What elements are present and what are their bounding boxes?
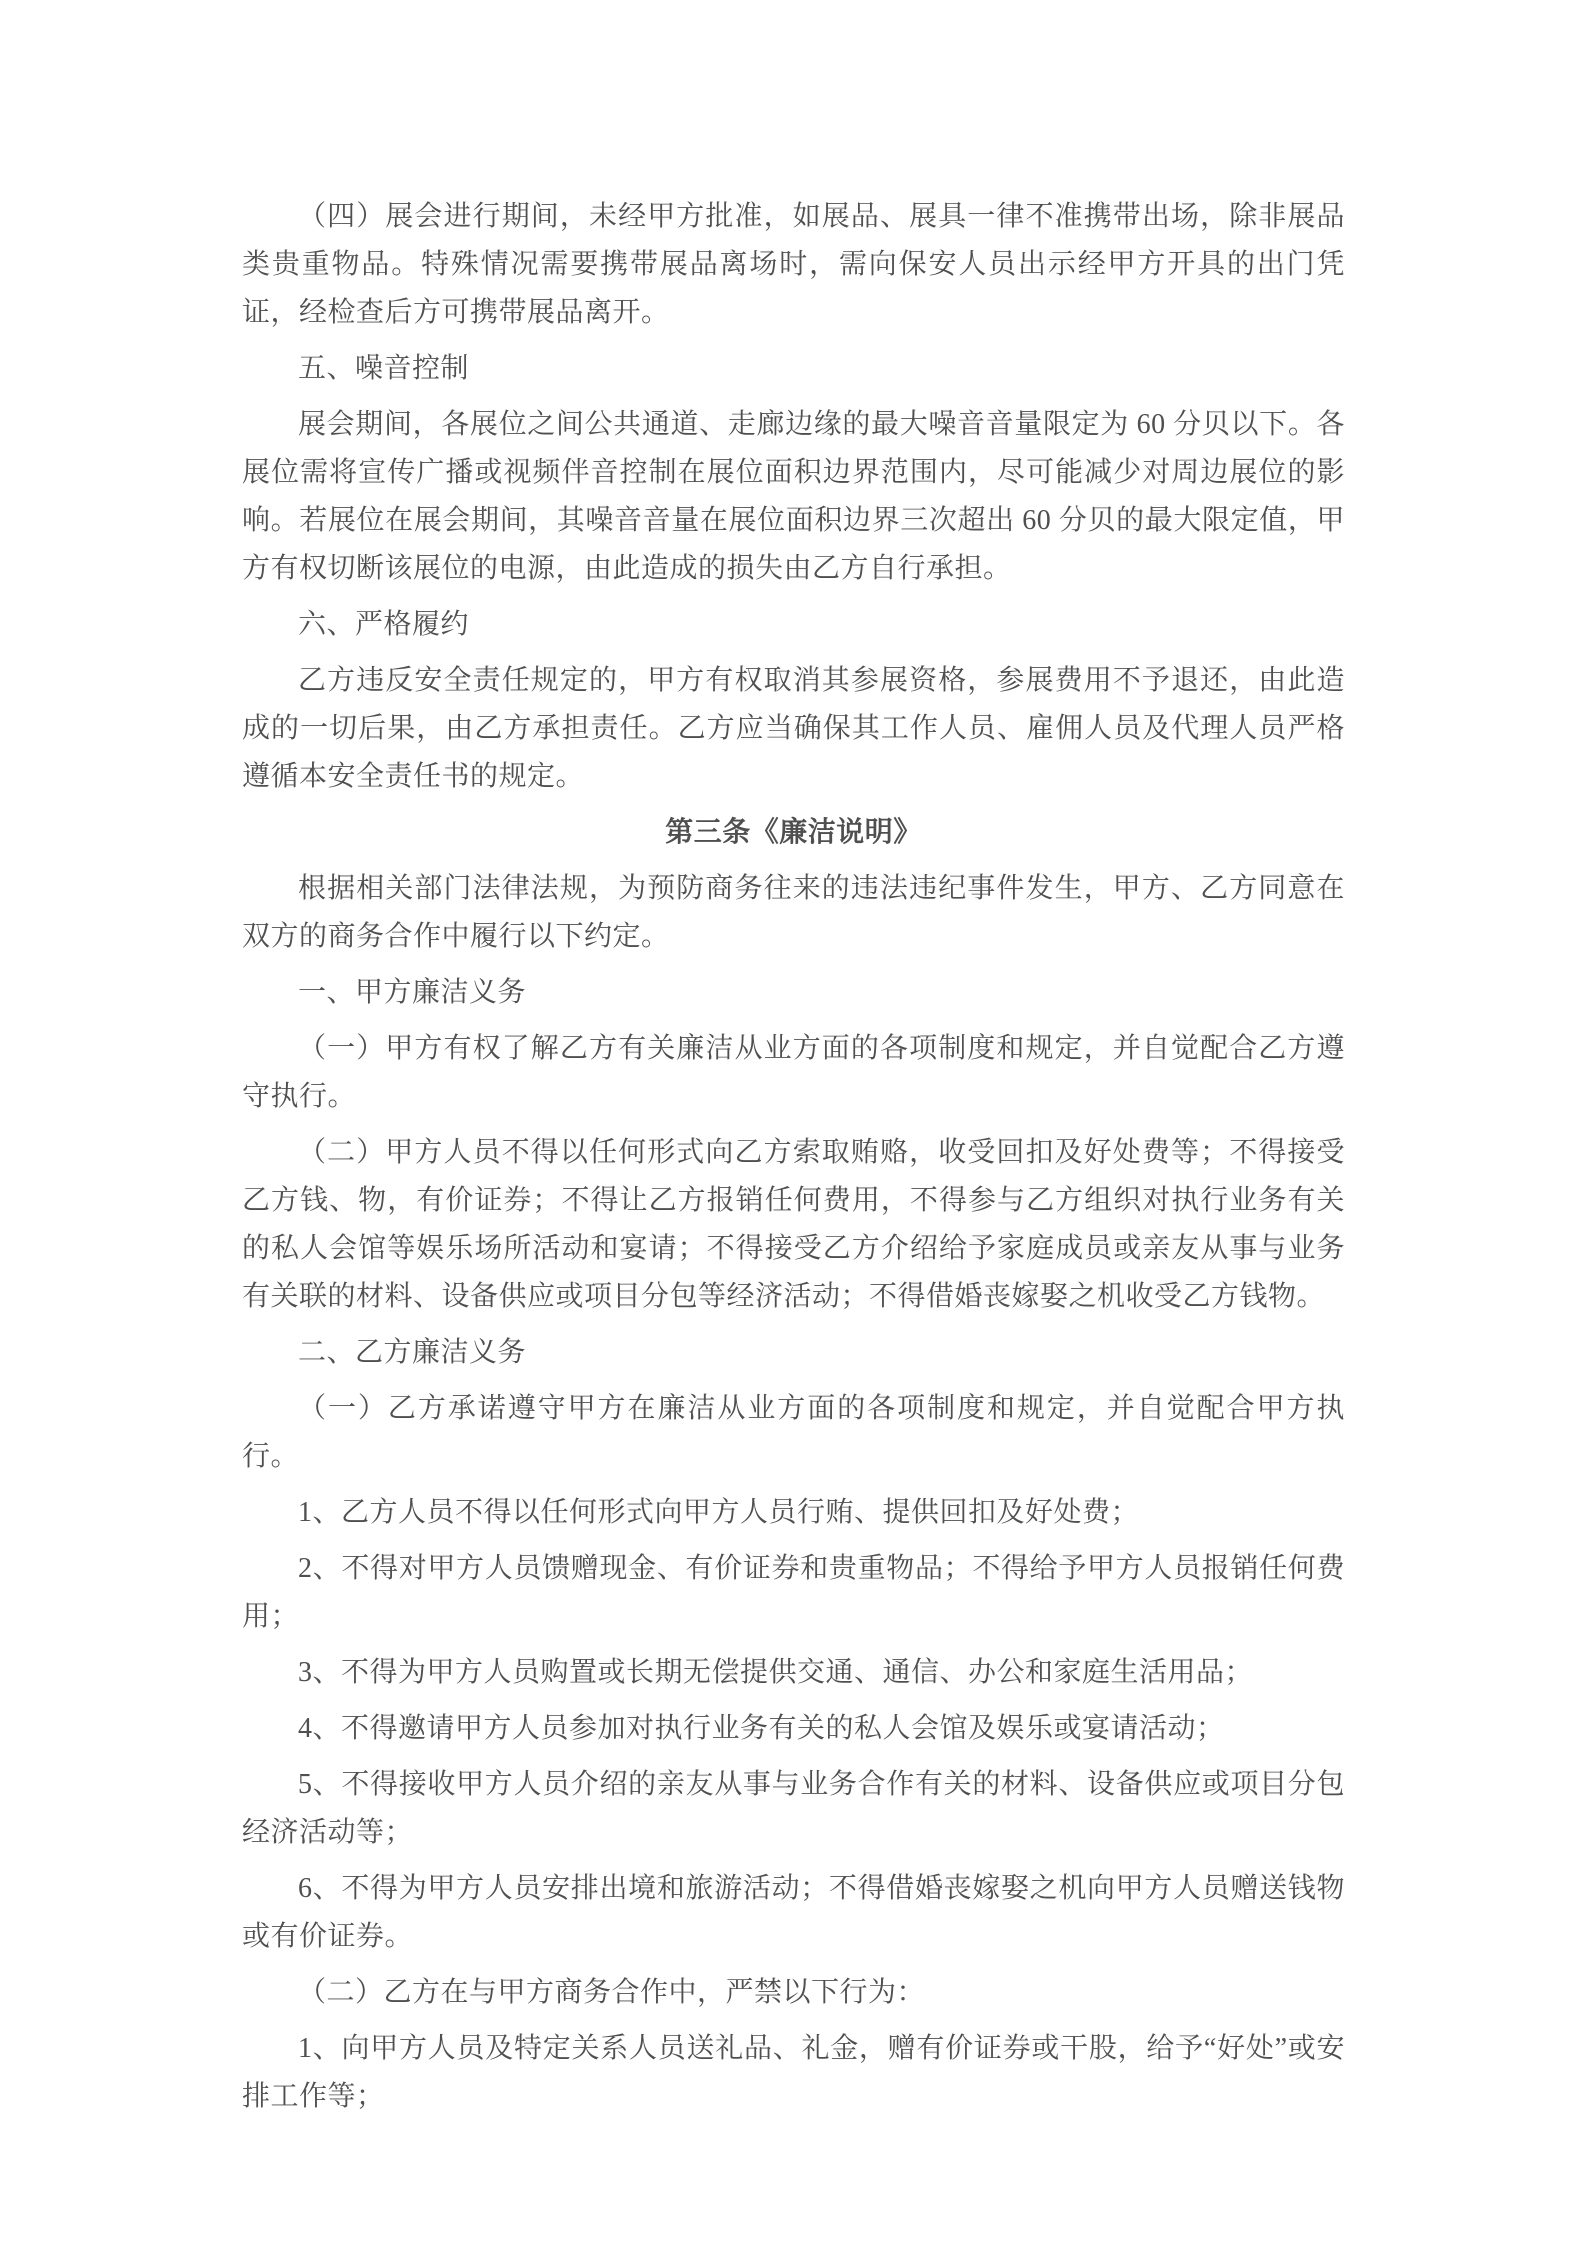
paragraph-party-b-item-3: 3、不得为甲方人员购置或长期无偿提供交通、通信、办公和家庭生活用品； [242,1649,1345,1697]
paragraph-heading-party-b-duties: 二、乙方廉洁义务 [242,1329,1345,1377]
paragraph-party-b-duty-1: （一）乙方承诺遵守甲方在廉洁从业方面的各项制度和规定，并自觉配合甲方执行。 [242,1385,1345,1481]
paragraph-integrity-intro: 根据相关部门法律法规，为预防商务往来的违法违纪事件发生，甲方、乙方同意在双方的商… [242,865,1345,961]
paragraph-noise-control-body: 展会期间，各展位之间公共通道、走廊边缘的最大噪音音量限定为 60 分贝以下。各展… [242,401,1345,593]
paragraph-heading-5-noise-control: 五、噪音控制 [242,345,1345,393]
paragraph-forbidden-item-1: 1、向甲方人员及特定关系人员送礼品、礼金，赠有价证券或干股，给予“好处”或安排工… [242,2025,1345,2121]
section-title-integrity-statement: 第三条《廉洁说明》 [242,809,1345,857]
paragraph-party-b-item-4: 4、不得邀请甲方人员参加对执行业务有关的私人会馆及娱乐或宴请活动； [242,1705,1345,1753]
paragraph-heading-6-strict-performance: 六、严格履约 [242,601,1345,649]
document-page: （四）展会进行期间，未经甲方批准，如展品、展具一律不准携带出场，除非展品类贵重物… [0,0,1587,2245]
paragraph-party-b-duty-2: （二）乙方在与甲方商务合作中，严禁以下行为： [242,1969,1345,2017]
paragraph-heading-party-a-duties: 一、甲方廉洁义务 [242,969,1345,1017]
paragraph-party-b-item-2: 2、不得对甲方人员馈赠现金、有价证券和贵重物品；不得给予甲方人员报销任何费用； [242,1545,1345,1641]
paragraph-party-b-item-6: 6、不得为甲方人员安排出境和旅游活动；不得借婚丧嫁娶之机向甲方人员赠送钱物或有价… [242,1865,1345,1961]
paragraph-party-b-item-5: 5、不得接收甲方人员介绍的亲友从事与业务合作有关的材料、设备供应或项目分包经济活… [242,1761,1345,1857]
paragraph-clause-4: （四）展会进行期间，未经甲方批准，如展品、展具一律不准携带出场，除非展品类贵重物… [242,193,1345,337]
document-body: （四）展会进行期间，未经甲方批准，如展品、展具一律不准携带出场，除非展品类贵重物… [242,193,1345,2121]
paragraph-party-a-duty-2: （二）甲方人员不得以任何形式向乙方索取贿赂，收受回扣及好处费等；不得接受乙方钱、… [242,1129,1345,1321]
paragraph-party-a-duty-1: （一）甲方有权了解乙方有关廉洁从业方面的各项制度和规定，并自觉配合乙方遵守执行。 [242,1025,1345,1121]
paragraph-strict-performance-body: 乙方违反安全责任规定的，甲方有权取消其参展资格，参展费用不予退还，由此造成的一切… [242,657,1345,801]
paragraph-party-b-item-1: 1、乙方人员不得以任何形式向甲方人员行贿、提供回扣及好处费； [242,1489,1345,1537]
